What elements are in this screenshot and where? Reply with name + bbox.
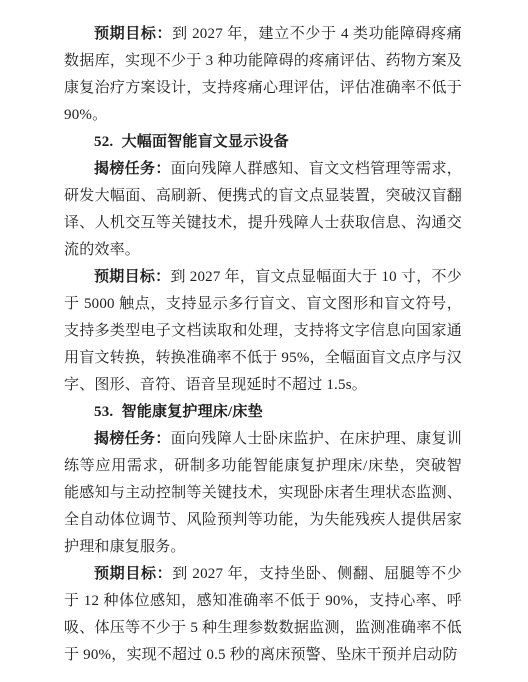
section-title: 大幅面智能盲文显示设备 [122, 134, 289, 150]
section-title: 智能康复护理床/床垫 [122, 404, 263, 420]
section-number: 53. [94, 404, 113, 420]
document-page: 预期目标：到 2027 年，建立不少于 4 类功能障碍疼痛数据库，实现不少于 3… [0, 0, 528, 682]
paragraph-task-52: 揭榜任务：面向残障人群感知、盲文文档管理等需求，研发大幅面、高刷新、便携式的盲文… [64, 156, 462, 264]
section-heading-53: 53.智能康复护理床/床垫 [64, 399, 462, 426]
section-heading-52: 52.大幅面智能盲文显示设备 [64, 129, 462, 156]
paragraph-lead-label: 预期目标： [94, 566, 172, 582]
paragraph-body-text: 到 2027 年，盲文点显幅面大于 10 寸，不少于 5000 触点，支持显示多… [64, 269, 462, 393]
paragraph-lead-label: 预期目标： [94, 269, 170, 285]
paragraph-expected-goal-52: 预期目标：到 2027 年，盲文点显幅面大于 10 寸，不少于 5000 触点，… [64, 264, 462, 399]
paragraph-lead-label: 预期目标： [94, 26, 172, 42]
paragraph-expected-goal-53: 预期目标：到 2027 年，支持坐卧、侧翻、屈腿等不少于 12 种体位感知，感知… [64, 561, 462, 669]
paragraph-expected-goal-previous-section: 预期目标：到 2027 年，建立不少于 4 类功能障碍疼痛数据库，实现不少于 3… [64, 21, 462, 129]
paragraph-task-53: 揭榜任务：面向残障人士卧床监护、在床护理、康复训练等应用需求，研制多功能智能康复… [64, 426, 462, 561]
paragraph-lead-label: 揭榜任务： [94, 431, 171, 447]
section-number: 52. [94, 134, 113, 150]
paragraph-body-text: 面向残障人士卧床监护、在床护理、康复训练等应用需求，研制多功能智能康复护理床/床… [64, 431, 462, 555]
paragraph-lead-label: 揭榜任务： [94, 161, 171, 177]
